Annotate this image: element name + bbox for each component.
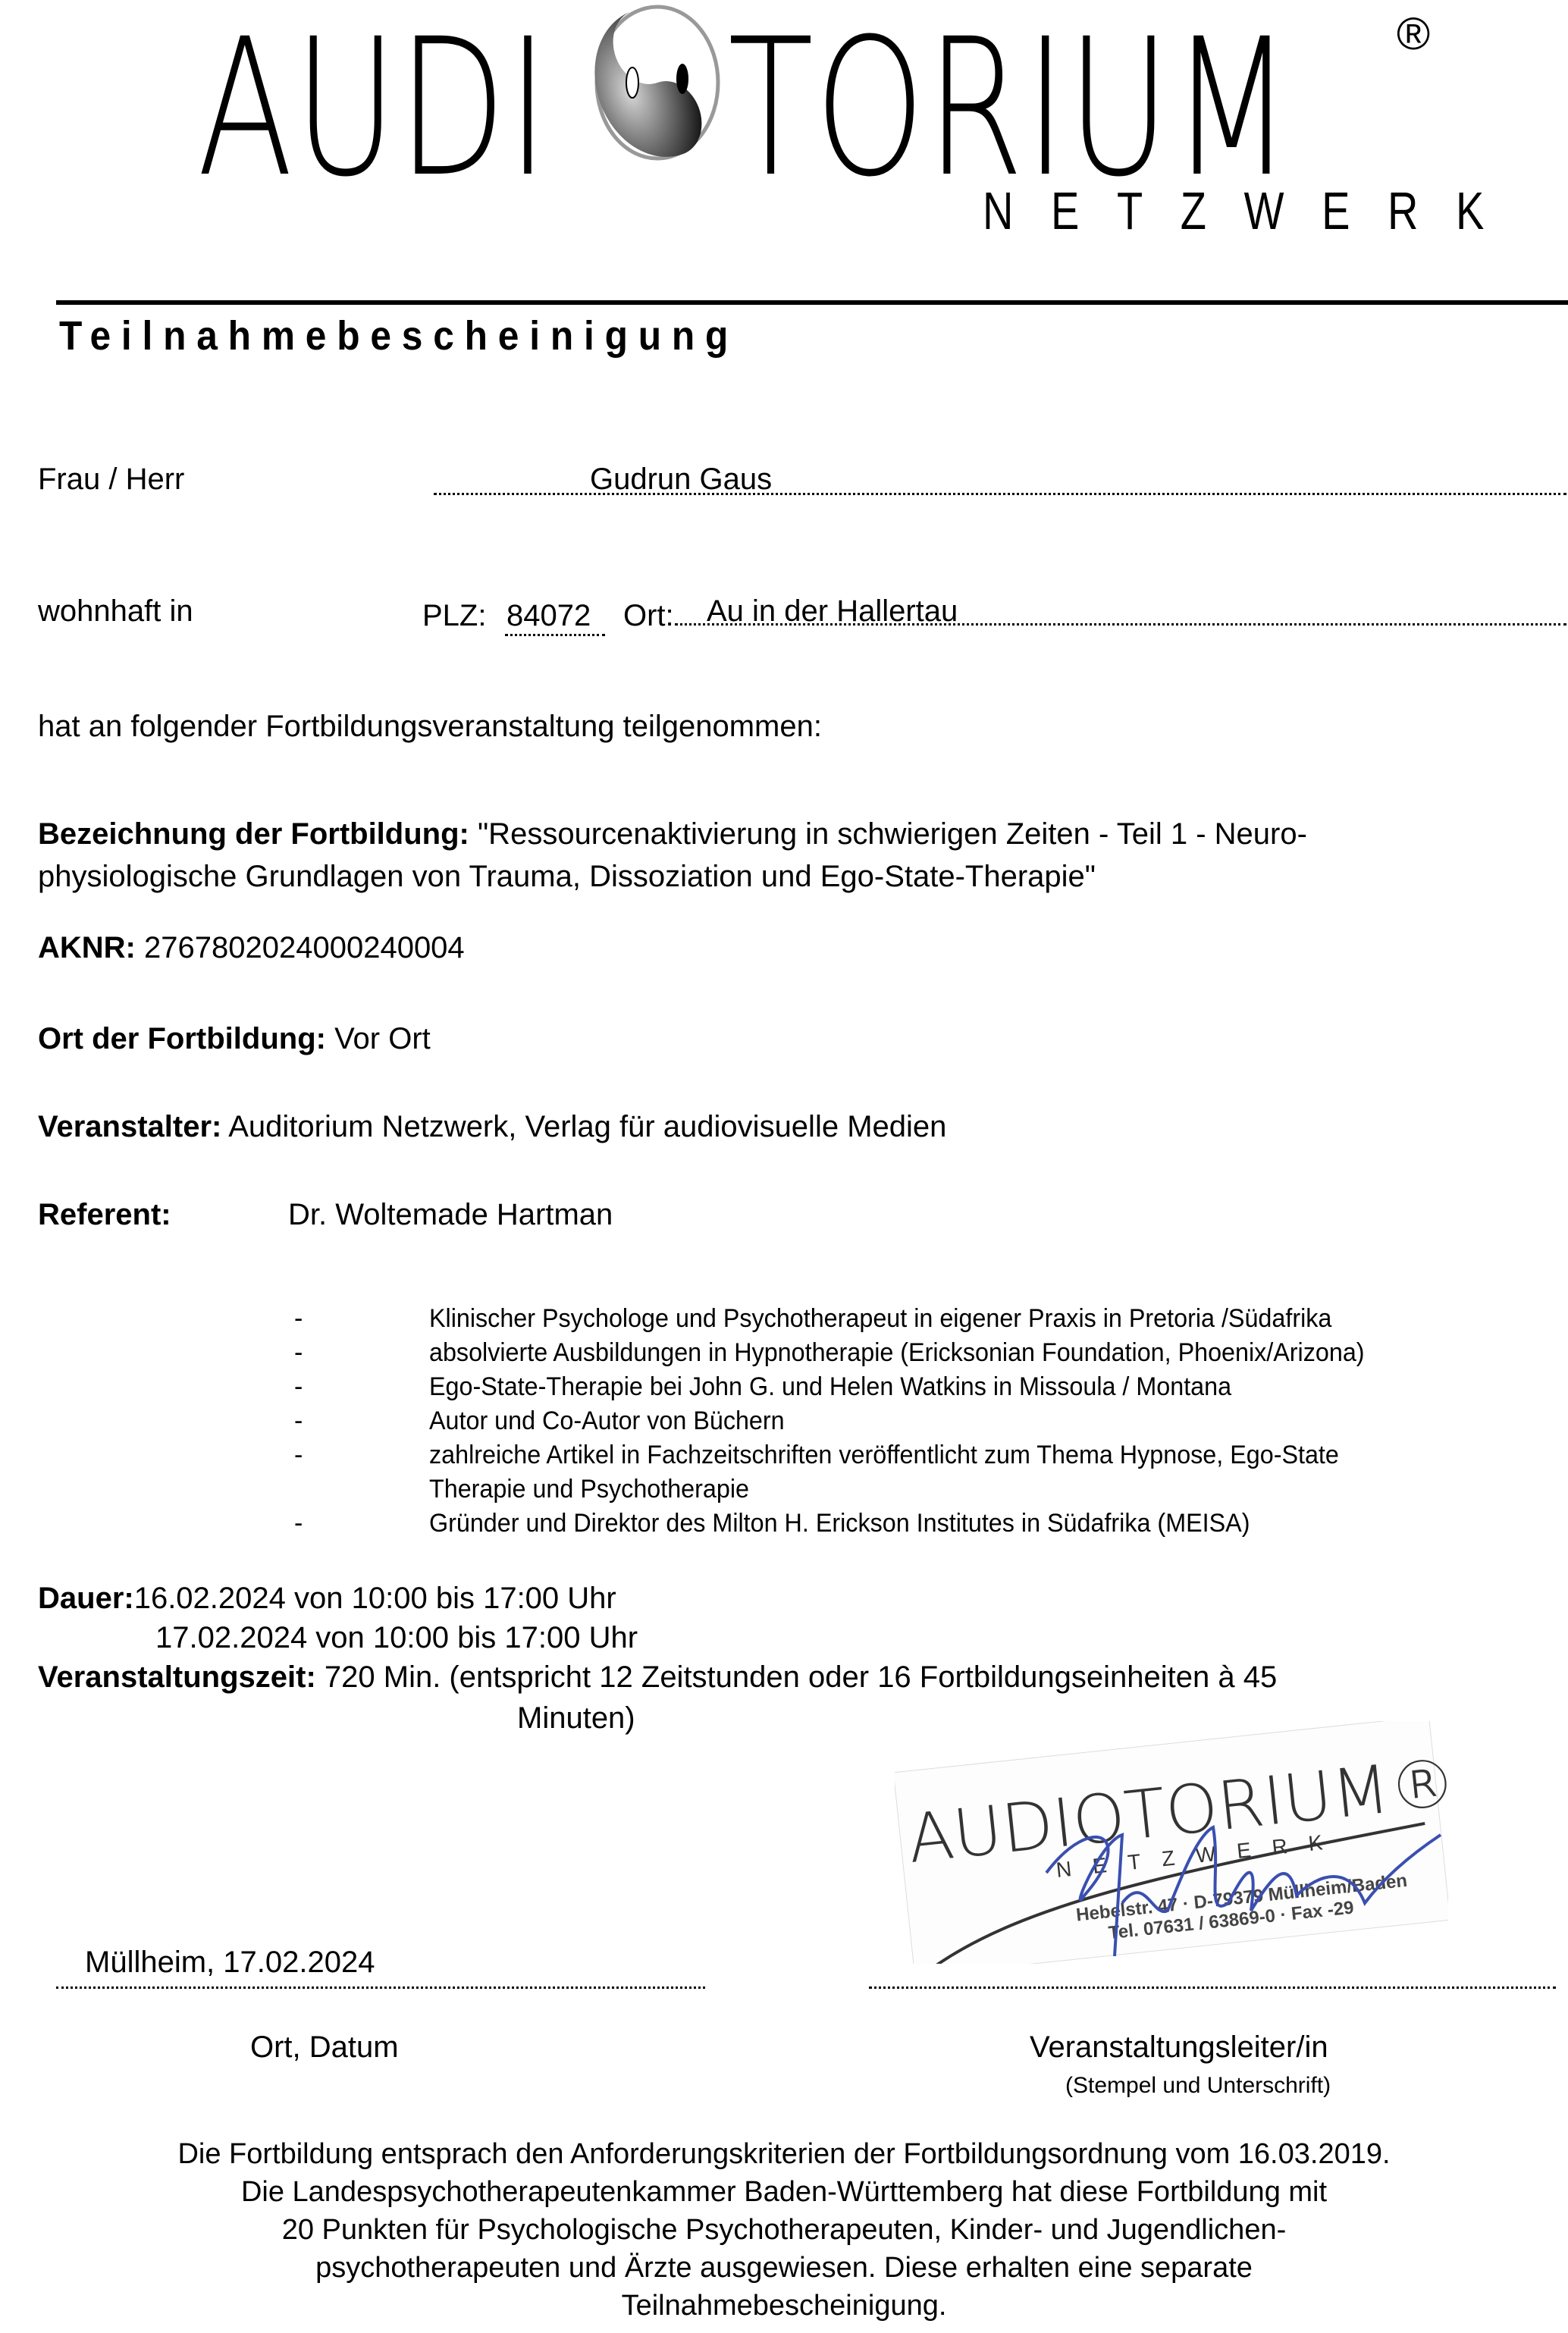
duration-day1: 16.02.2024 von 10:00 bis 17:00 Uhr — [134, 1582, 616, 1615]
place-date-value: Müllheim, 17.02.2024 — [85, 1947, 375, 1977]
bio-dash: - — [294, 1406, 303, 1436]
bio-dash: - — [294, 1441, 303, 1470]
event-time-label: Veranstaltungszeit: — [38, 1660, 316, 1694]
intro-text: hat an folgender Fortbildungsveranstaltu… — [38, 711, 822, 742]
plz-value: 84072 — [506, 600, 591, 631]
footer-line: psychotherapeuten und Ärzte ausgewiesen.… — [0, 2252, 1568, 2284]
bio-item: Autor und Co-Autor von Büchern — [429, 1406, 785, 1436]
footer-line: Die Landespsychotherapeutenkammer Baden-… — [0, 2176, 1568, 2209]
place-date-label: Ort, Datum — [250, 2032, 399, 2062]
aknr-value: 276780202400024000​4 — [144, 931, 465, 964]
footer-line: Teilnahmebescheinigung. — [0, 2290, 1568, 2322]
event-time-line2: Minuten) — [517, 1703, 635, 1733]
event-time-line1: 720 Min. (entspricht 12 Zeitstunden oder… — [325, 1660, 1277, 1694]
leader-sublabel: (Stempel und Unterschrift) — [1065, 2073, 1331, 2099]
auditorium-logo: AUDI TORIUM ® NETZWERK — [197, 0, 1486, 243]
aknr-label: AKNR: — [38, 931, 136, 964]
ort-dotted-line — [675, 623, 1566, 626]
ort-value: Au in der Hallertau — [707, 596, 958, 626]
salutation-label: Frau / Herr — [38, 464, 184, 494]
organizer-stamp: AUDIOTORIUM® NETZWERK Hebelstr. 47 · D-7… — [895, 1721, 1448, 1964]
location-label: Ort der Fortbildung: — [38, 1022, 326, 1055]
bio-item: Klinischer Psychologe und Psychotherapeu… — [429, 1304, 1331, 1334]
ort-label: Ort: — [623, 600, 674, 631]
name-dotted-line — [434, 493, 1566, 495]
duration-day2: 17.02.2024 von 10:00 bis 17:00 Uhr — [155, 1623, 638, 1653]
place-date-dotted-line — [56, 1986, 705, 1989]
footer-line: 20 Punkten für Psychologische Psychother… — [0, 2214, 1568, 2247]
duration-label: Dauer: — [38, 1582, 134, 1615]
speaker-label: Referent: — [38, 1199, 171, 1230]
bio-item: Gründer und Direktor des Milton H. Erick… — [429, 1509, 1250, 1538]
bio-item-continuation: Therapie und Psychotherapie — [429, 1475, 749, 1504]
leader-label: Veranstaltungsleiter/in — [1030, 2032, 1328, 2062]
bio-item: Ego-State-Therapie bei John G. und Helen… — [429, 1372, 1231, 1402]
signature-dotted-line — [869, 1986, 1556, 1989]
logo-text-left: AUDI — [197, 14, 550, 203]
plz-dotted-line — [505, 634, 605, 636]
title-rule — [56, 300, 1568, 305]
stamp-signature-graphic: AUDIOTORIUM® NETZWERK Hebelstr. 47 · D-7… — [895, 1721, 1448, 1964]
course-name-line1: "Ressourcenaktivierung in schwierigen Ze… — [478, 817, 1307, 851]
bio-dash: - — [294, 1338, 303, 1368]
logo-text-right: TORIUM — [728, 14, 1294, 203]
bio-dash: - — [294, 1372, 303, 1402]
speaker-name: Dr. Woltemade Hartman — [288, 1199, 613, 1230]
registered-mark: ® — [1397, 8, 1430, 60]
participant-name: Gudrun Gaus — [590, 464, 772, 494]
organizer-value: Auditorium Netzwerk, Verlag für audiovis… — [228, 1110, 946, 1143]
bio-dash: - — [294, 1304, 303, 1334]
yin-yang-icon — [593, 3, 722, 162]
bio-item: zahlreiche Artikel in Fachzeitschriften … — [429, 1441, 1339, 1470]
residence-label: wohnhaft in — [38, 596, 193, 626]
course-name-label: Bezeichnung der Fortbildung: — [38, 817, 469, 851]
bio-dash: - — [294, 1509, 303, 1538]
footer-line: Die Fortbildung entsprach den Anforderun… — [0, 2138, 1568, 2171]
course-name-line2: physiologische Grundlagen von Trauma, Di… — [38, 861, 1096, 892]
plz-label: PLZ: — [422, 600, 486, 631]
organizer-label: Veranstalter: — [38, 1110, 221, 1143]
page-title: Teilnahmebescheinigung — [59, 312, 739, 359]
logo-subtitle: NETZWERK — [983, 180, 1522, 241]
bio-item: absolvierte Ausbildungen in Hypnotherapi… — [429, 1338, 1365, 1368]
location-value: Vor Ort — [334, 1022, 431, 1055]
